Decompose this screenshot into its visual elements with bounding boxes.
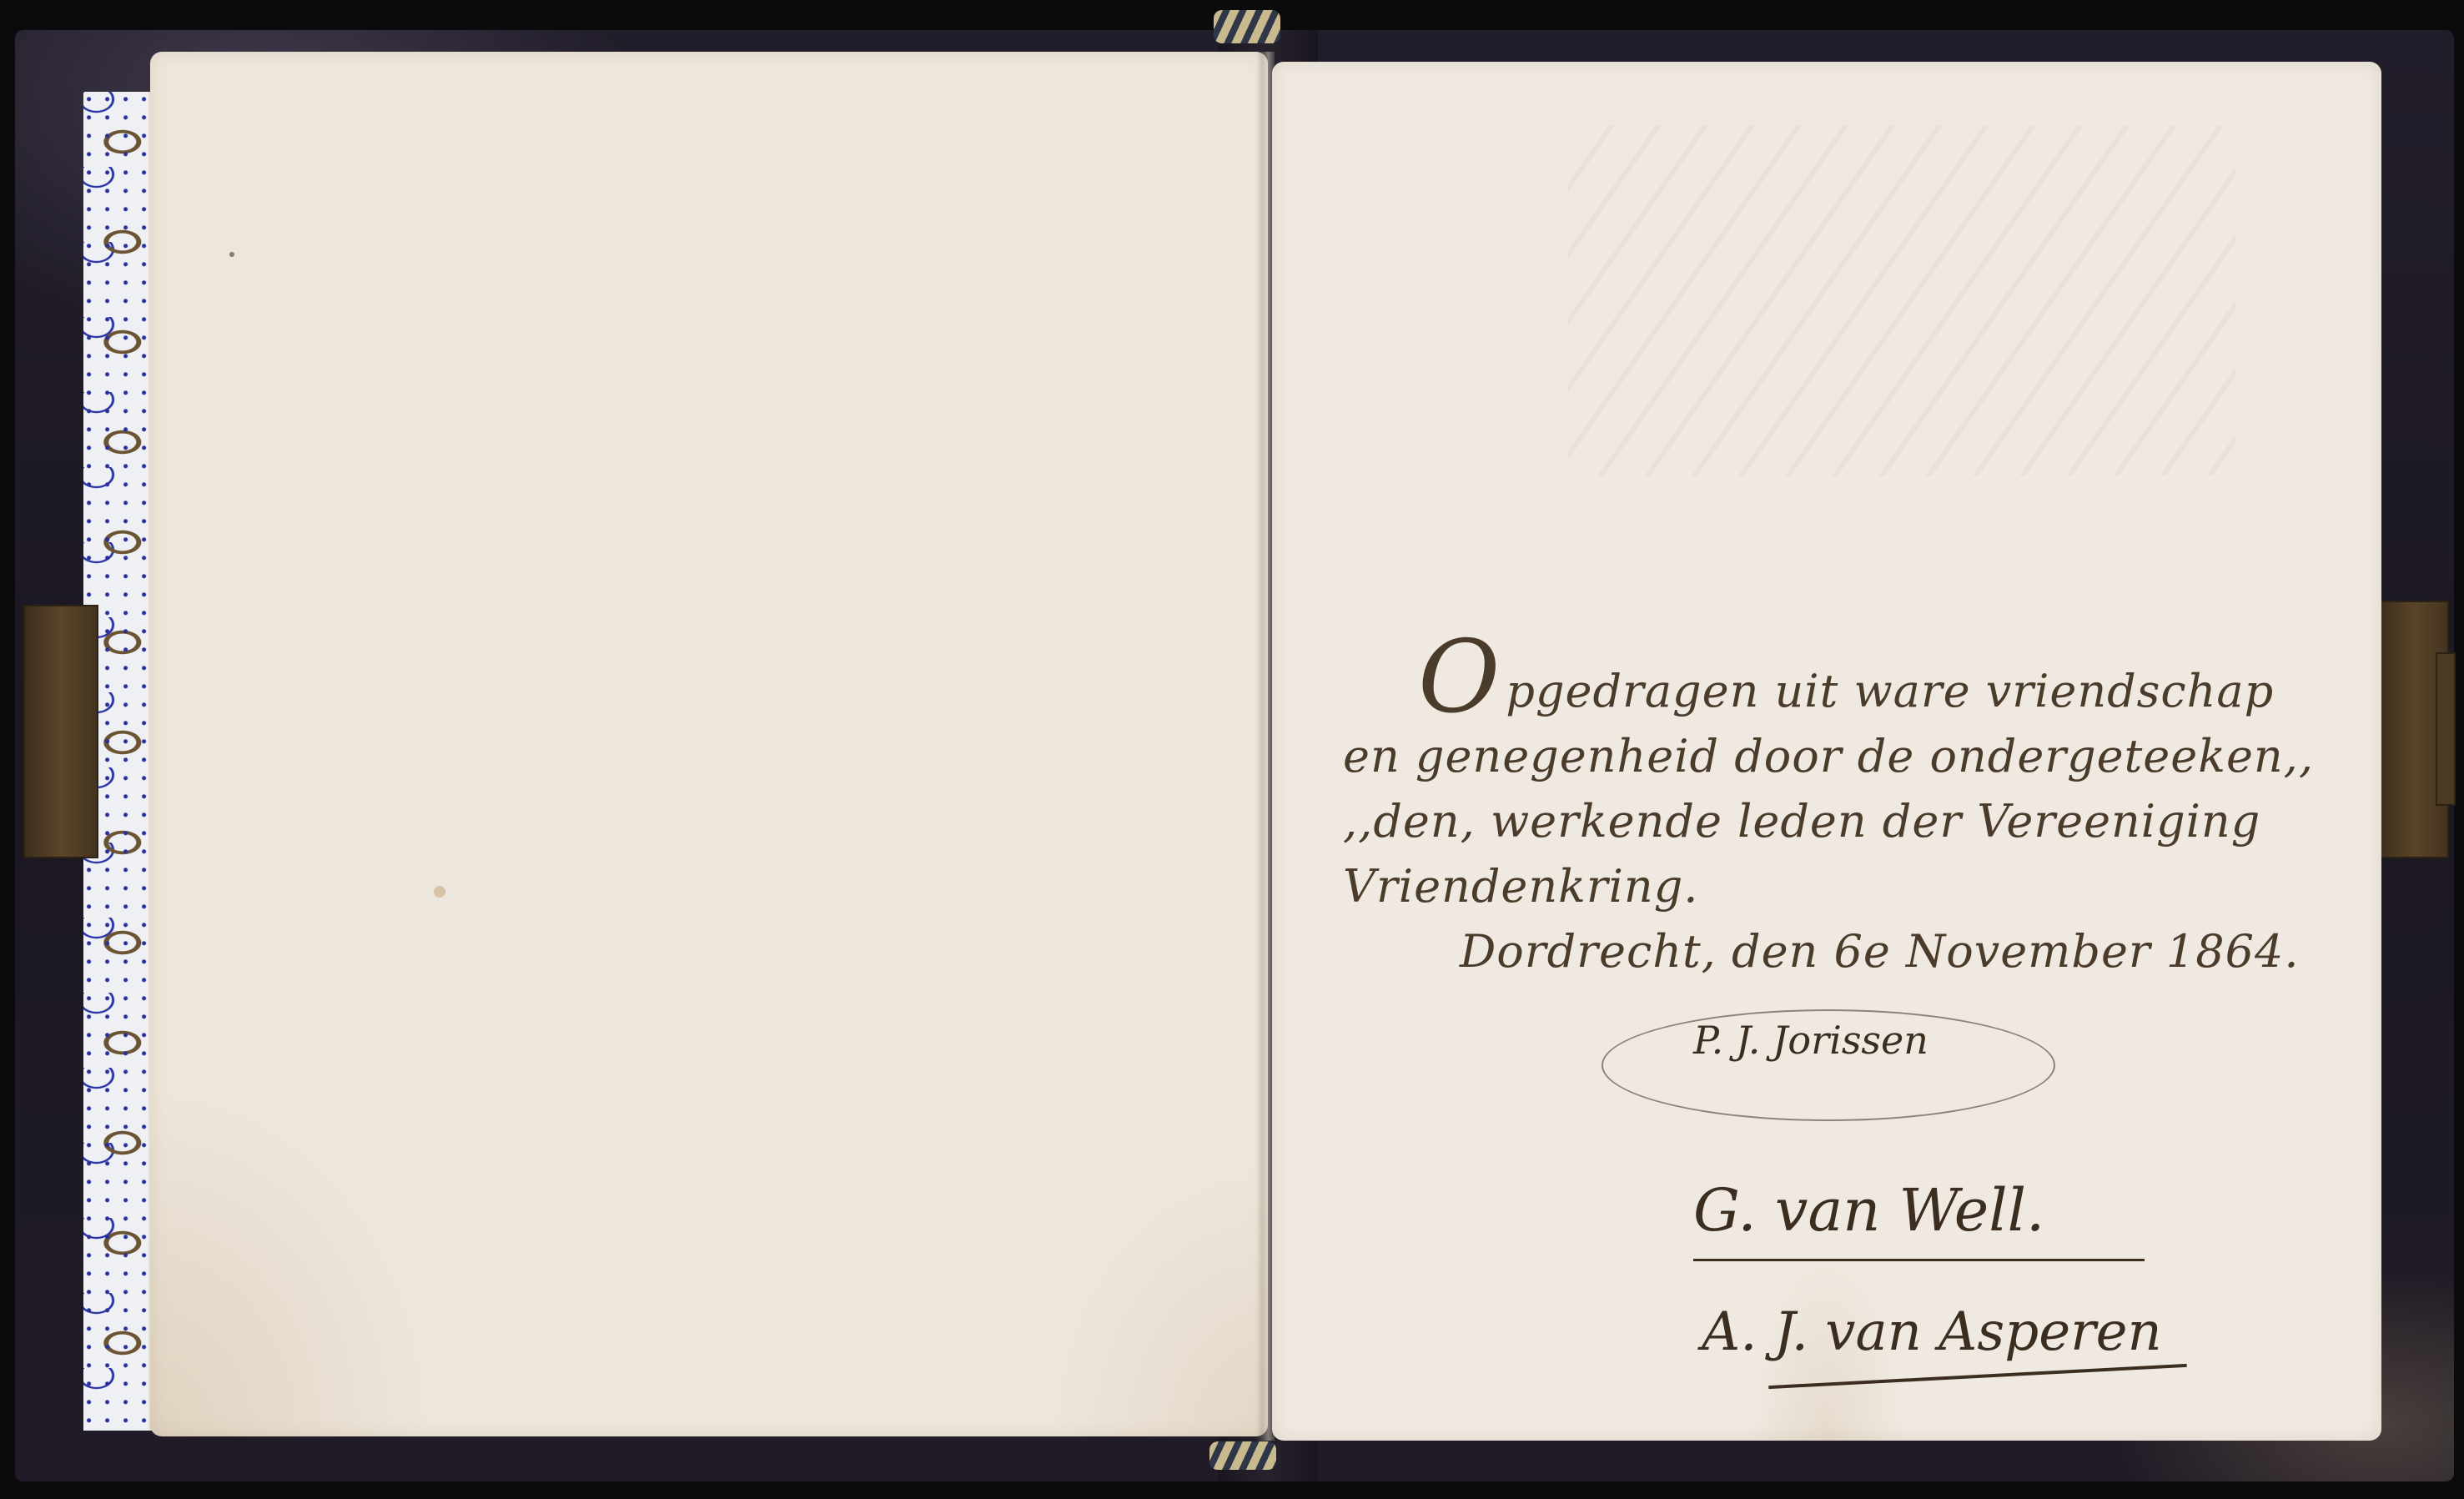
dedication-line-2: en genegenheid door de ondergeteeken,, bbox=[1343, 724, 2344, 789]
dedication-text: Opgedragen uit ware vriendschap en geneg… bbox=[1343, 659, 2344, 984]
signature-van-well: G. van Well. bbox=[1693, 1176, 2044, 1245]
brass-clasp-left bbox=[23, 605, 98, 858]
spine-tailband bbox=[1209, 1441, 1276, 1470]
brass-clasp-right bbox=[2379, 601, 2449, 858]
decorative-initial: O bbox=[1418, 620, 1501, 736]
foxing-stain bbox=[434, 886, 445, 898]
dedication-place-date: Dordrecht, den 6e November 1864. bbox=[1343, 919, 2344, 984]
dedication-line-1: Opgedragen uit ware vriendschap bbox=[1343, 659, 2344, 724]
ink-speck bbox=[229, 252, 234, 257]
left-page bbox=[150, 52, 1268, 1436]
dedication-line-3: ,,den, werkende leden der Vereeniging bbox=[1343, 789, 2344, 854]
signature-jorissen: P. J. Jorissen bbox=[1693, 1018, 1928, 1063]
dedication-line-4: Vriendenkring. bbox=[1343, 854, 2344, 919]
spine-headband bbox=[1214, 10, 1280, 43]
show-through-ghost-text bbox=[1568, 125, 2235, 475]
signature-van-asperen: A. J. van Asperen bbox=[1702, 1301, 2162, 1363]
